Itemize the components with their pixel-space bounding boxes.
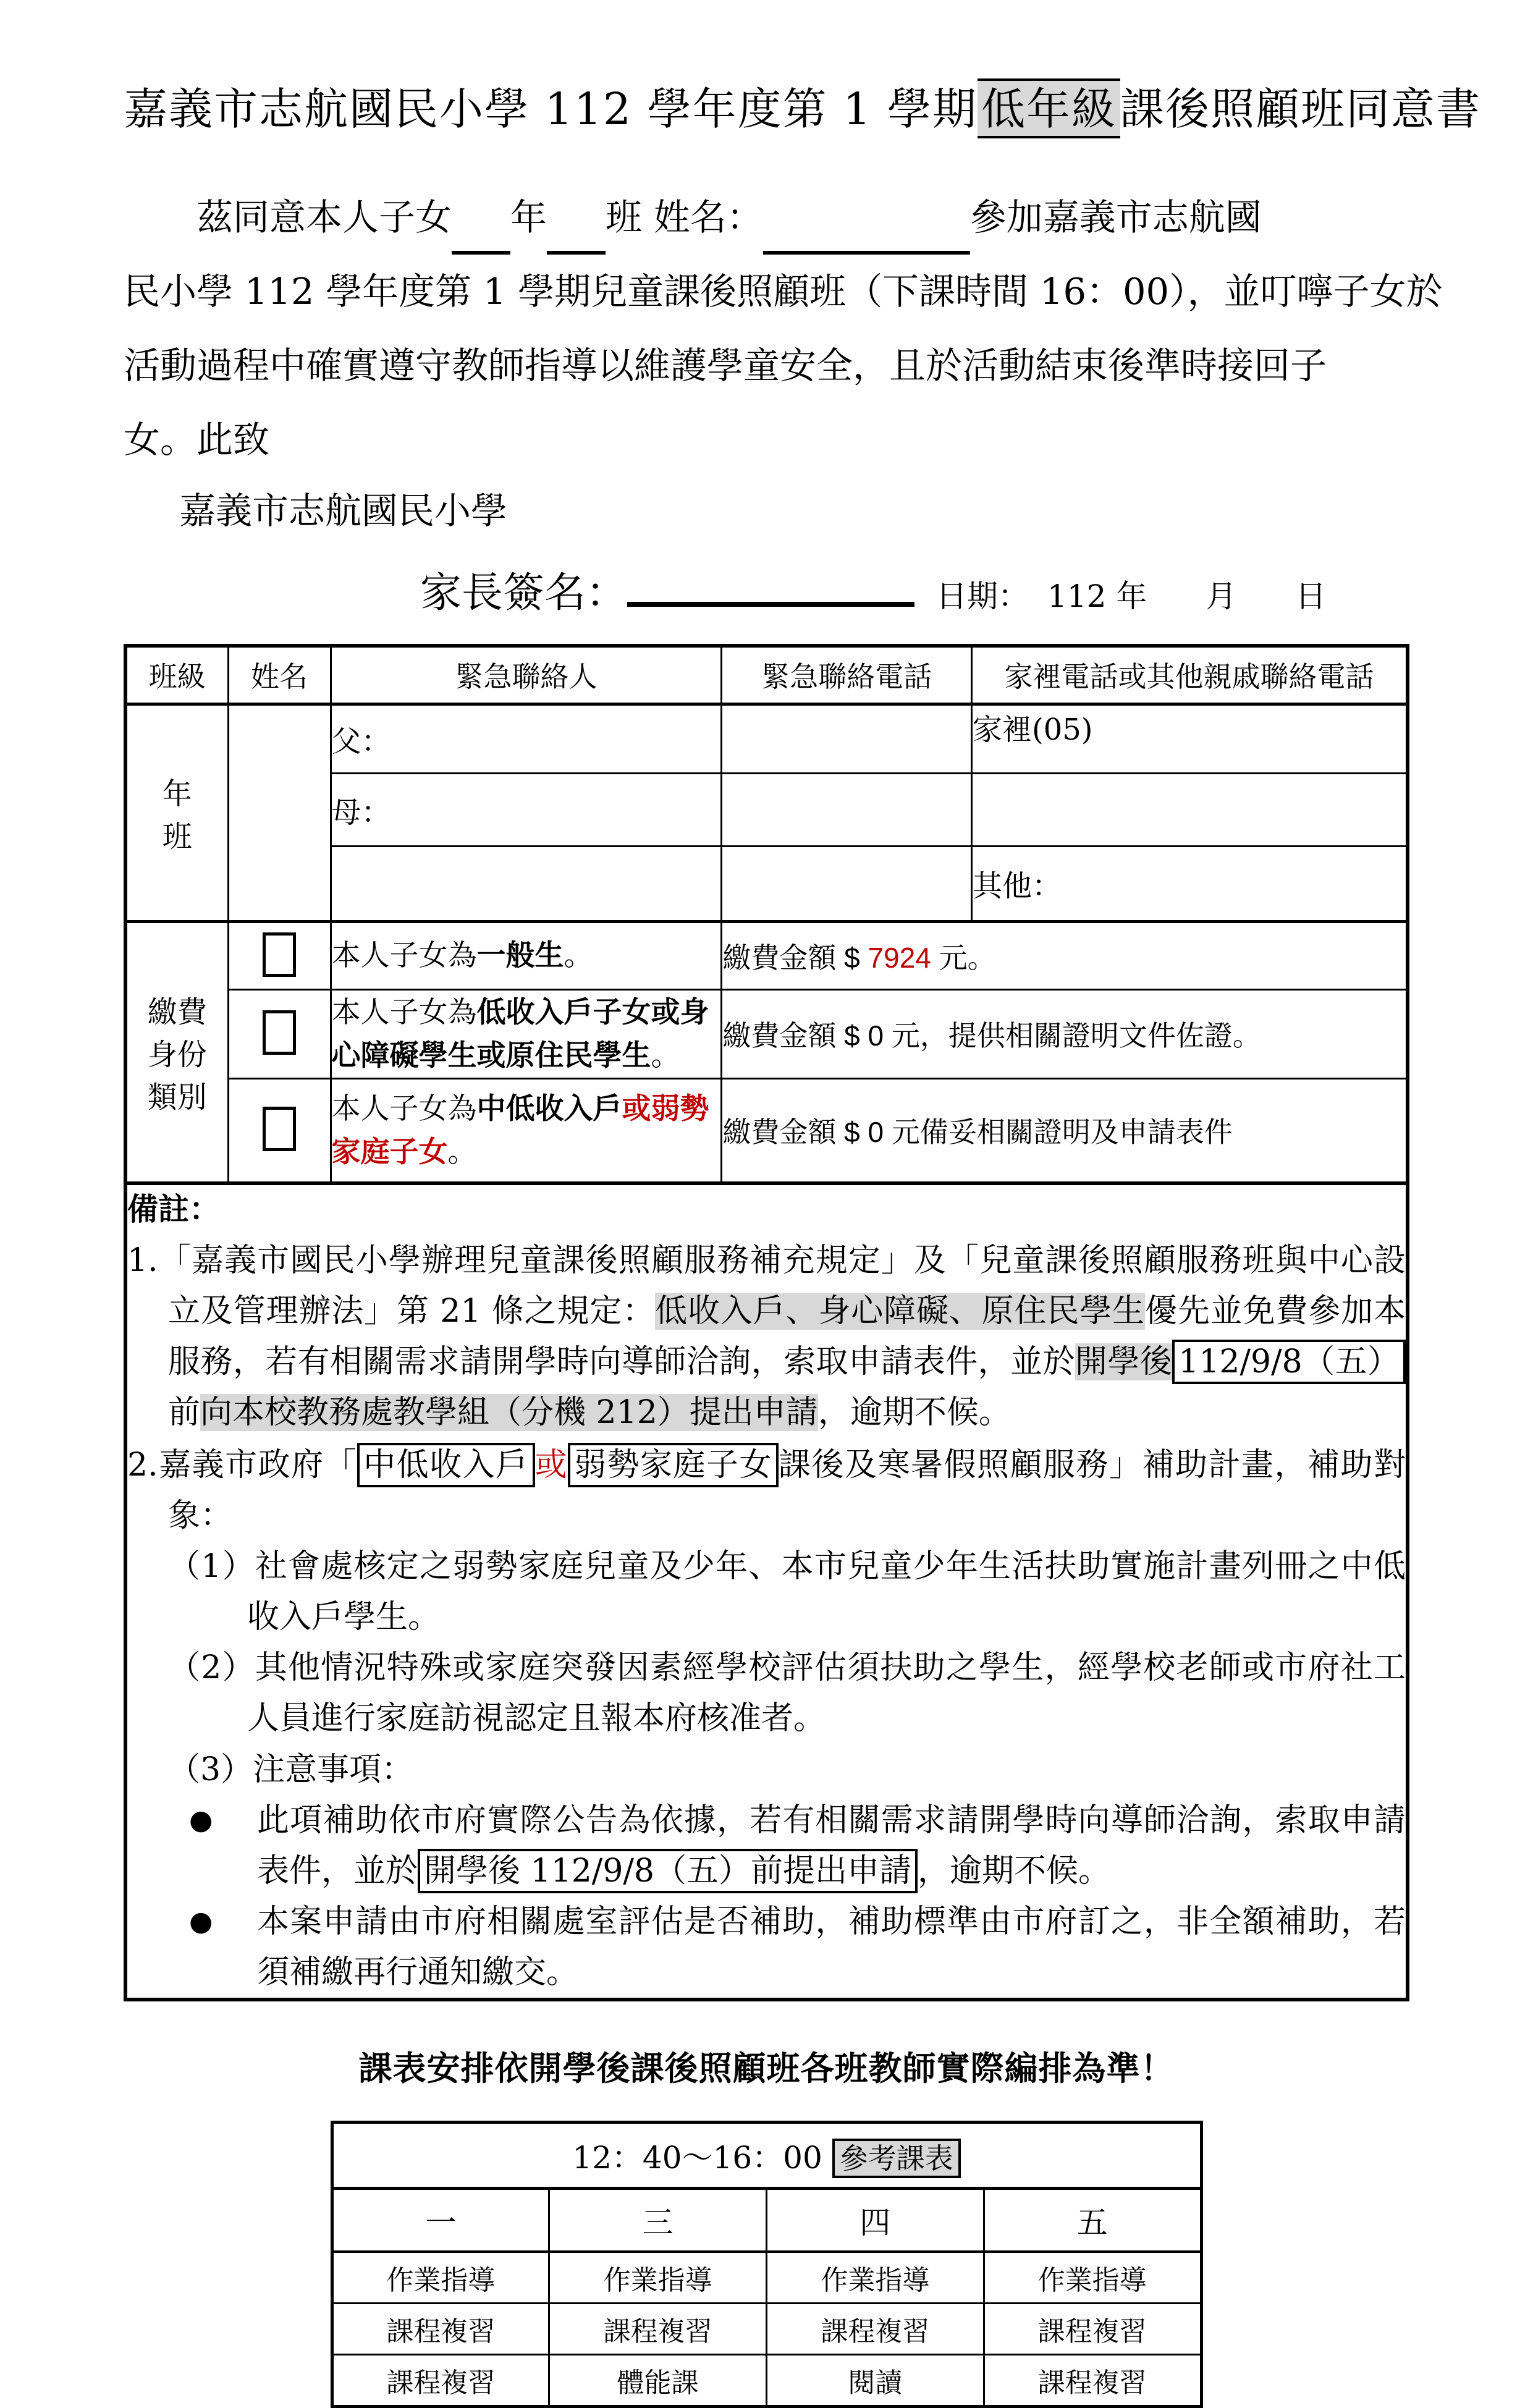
mother-home-phone-cell[interactable] bbox=[972, 773, 1408, 846]
fee-desc-general-period: 。 bbox=[564, 939, 593, 971]
note-item-1: 1.「嘉義市國民小學辦理兒童課後照顧服務補充規定」及「兒童課後照顧服務班與中心設… bbox=[127, 1235, 1406, 1438]
fee-checkbox-cell-low-income bbox=[228, 989, 331, 1078]
day-wed: 三 bbox=[549, 2189, 767, 2252]
contact-row-father: 年 班 父： 家裡(05) bbox=[125, 704, 1408, 773]
note1-highlight-students: 低收入戶、身心障礙、原住民學生 bbox=[655, 1293, 1145, 1330]
other-phone-cell[interactable] bbox=[722, 846, 972, 921]
fee-amount-general-suffix: 元。 bbox=[931, 942, 996, 974]
activity-cell: 課程複習 bbox=[332, 2355, 549, 2407]
mother-contact-cell[interactable]: 母： bbox=[331, 773, 722, 846]
notes-label: 備註： bbox=[127, 1185, 1406, 1234]
schedule-time-row: 12：40～16：00 參考課表 bbox=[332, 2123, 1201, 2189]
bullet1-text-b: ，逾期不候。 bbox=[918, 1852, 1110, 1890]
father-contact-cell[interactable]: 父： bbox=[331, 704, 722, 773]
fee-row-general: 繳費 身份 類別 本人子女為一般生。 繳費金額 $ 7924 元。 bbox=[125, 921, 1408, 989]
schedule-row-3: 課程複習 體能課 閱讀 課程複習 bbox=[332, 2355, 1201, 2407]
schedule-table: 12：40～16：00 參考課表 一 三 四 五 作業指導 作業指導 作業指導 … bbox=[331, 2121, 1203, 2408]
other-relative-phone-cell[interactable]: 其他： bbox=[972, 846, 1408, 921]
schedule-row-2: 課程複習 課程複習 課程複習 課程複習 bbox=[332, 2304, 1201, 2355]
fee-amount-general-value: 7924 bbox=[868, 942, 931, 974]
note2-sub-2: （2）其他情況特殊或家庭突發因素經學校評估須扶助之學生，經學校老師或市府社工人員… bbox=[168, 1642, 1406, 1744]
title-prefix: 嘉義市志航國民小學 112 學年度第 1 學期 bbox=[124, 83, 978, 135]
note2-bullet-1: ● 此項補助依市府實際公告為依據，若有相關需求請開學時向導師洽詢，索取申請表件，… bbox=[189, 1795, 1406, 1896]
date-label: 日期： bbox=[936, 572, 1029, 616]
fee-desc-low-income-text: 本人子女為 bbox=[332, 995, 477, 1028]
activity-cell: 課程複習 bbox=[332, 2304, 549, 2355]
bullet1-deadline-box: 開學後 112/9/8（五）前提出申請 bbox=[418, 1849, 918, 1893]
fee-desc-low-income-period: 。 bbox=[651, 1039, 680, 1071]
fee-desc-mid-low-income: 本人子女為中低收入戶或弱勢家庭子女。 bbox=[331, 1078, 722, 1183]
note1-highlight-apply-office: 向本校教務處教學組（分機 212）提出申請 bbox=[200, 1394, 818, 1431]
activity-cell: 課程複習 bbox=[984, 2304, 1201, 2355]
other-contact-cell[interactable] bbox=[331, 846, 722, 921]
note2-sub-3: （3）注意事項： bbox=[168, 1744, 1406, 1795]
fee-desc-general-text: 本人子女為 bbox=[332, 939, 477, 971]
fee-checkbox-cell-mid-low-income bbox=[228, 1078, 331, 1183]
notes-cell: 備註： 1.「嘉義市國民小學辦理兒童課後照顧服務補充規定」及「兒童課後照顧服務班… bbox=[125, 1183, 1408, 2000]
consent-line1-text-b: 參加嘉義市志航國 bbox=[970, 196, 1262, 239]
contact-table-header-row: 班級 姓名 緊急聯絡人 緊急聯絡電話 家裡電話或其他親戚聯絡電話 bbox=[125, 646, 1408, 704]
activity-cell: 體能課 bbox=[549, 2355, 767, 2407]
note2-text-a: 2.嘉義市政府「 bbox=[127, 1447, 357, 1484]
father-phone-cell[interactable] bbox=[722, 704, 972, 773]
day-fri: 五 bbox=[984, 2189, 1201, 2252]
activity-cell: 作業指導 bbox=[549, 2252, 767, 2304]
note1-text-d: ，逾期不候。 bbox=[818, 1394, 1011, 1431]
fee-desc-mid-low-bold: 中低收入戶 bbox=[477, 1092, 622, 1125]
header-class: 班級 bbox=[125, 646, 228, 704]
note-item-2: 2.嘉義市政府「中低收入戶或弱勢家庭子女課後及寒暑假照顧服務」補助計畫，補助對象… bbox=[127, 1440, 1406, 1541]
fee-header-line-3: 類別 bbox=[148, 1073, 207, 1116]
note2-box-disadvantaged: 弱勢家庭子女 bbox=[568, 1443, 779, 1487]
grade-blank-field[interactable] bbox=[452, 211, 510, 255]
class-blank-field[interactable] bbox=[547, 211, 606, 255]
contact-and-fee-table: 班級 姓名 緊急聯絡人 緊急聯絡電話 家裡電話或其他親戚聯絡電話 年 班 父： … bbox=[124, 644, 1409, 2001]
schedule-caption: 課表安排依開學後課後照顧班各班教師實際編排為準！ bbox=[124, 2042, 1409, 2090]
note2-red-or: 或 bbox=[535, 1447, 568, 1484]
schedule-time-range: 12：40～16：00 bbox=[572, 2140, 832, 2176]
fee-desc-general: 本人子女為一般生。 bbox=[331, 921, 722, 989]
note2-bullet-2: ● 本案申請由市府相關處室評估是否補助，補助標準由市府訂之，非全額補助，若須補繳… bbox=[189, 1896, 1406, 1998]
title-suffix: 課後照顧班同意書 bbox=[1120, 83, 1481, 135]
fee-amount-mid-low-income: 繳費金額 $ 0 元備妥相關證明及申請表件 bbox=[722, 1078, 1408, 1183]
fee-amount-low-income: 繳費金額 $ 0 元，提供相關證明文件佐證。 bbox=[722, 989, 1408, 1078]
note2-bullet2-text: 本案申請由市府相關處室評估是否補助，補助標準由市府訂之，非全額補助，若須補繳再行… bbox=[257, 1896, 1406, 1998]
grade-class-cell: 年 班 bbox=[125, 704, 228, 921]
fee-desc-mid-low-text: 本人子女為 bbox=[332, 1092, 477, 1125]
day-thu: 四 bbox=[767, 2189, 984, 2252]
title-grade-highlight: 低年級 bbox=[978, 78, 1120, 138]
notes-content: 備註： 1.「嘉義市國民小學辦理兒童課後照顧服務補充規定」及「兒童課後照顧服務班… bbox=[127, 1185, 1406, 1998]
bullet-icon: ● bbox=[189, 1896, 257, 1998]
date-month: 月 bbox=[1206, 572, 1236, 616]
schedule-day-header-row: 一 三 四 五 bbox=[332, 2189, 1201, 2252]
mother-phone-cell[interactable] bbox=[722, 773, 972, 846]
schedule-time-tag: 參考課表 bbox=[832, 2139, 961, 2178]
activity-cell: 作業指導 bbox=[984, 2252, 1201, 2304]
activity-cell: 閱讀 bbox=[767, 2355, 984, 2407]
fee-desc-low-income: 本人子女為低收入戶子女或身心障礙學生或原住民學生。 bbox=[331, 989, 722, 1078]
fee-amount-general-prefix: 繳費金額 $ bbox=[722, 942, 868, 974]
consent-form-page: { "title": { "prefix": "嘉義市志航國民小學 112 學年… bbox=[0, 0, 1533, 2168]
page-title: 嘉義市志航國民小學 112 學年度第 1 學期低年級課後照顧班同意書 bbox=[124, 74, 1409, 137]
date-year: 112 年 bbox=[1047, 572, 1147, 616]
fee-category-header-cell: 繳費 身份 類別 bbox=[125, 921, 228, 1183]
note2-sub-1: （1）社會處核定之弱勢家庭兒童及少年、本市兒童少年生活扶助實施計畫列冊之中低收入… bbox=[168, 1541, 1406, 1642]
activity-cell: 課程複習 bbox=[767, 2304, 984, 2355]
note1-text-c: 前 bbox=[168, 1394, 200, 1431]
header-emergency-phone: 緊急聯絡電話 bbox=[722, 646, 972, 704]
fee-checkbox-low-income[interactable] bbox=[263, 1010, 296, 1055]
fee-header-line-1: 繳費 bbox=[148, 988, 207, 1031]
activity-cell: 課程複習 bbox=[984, 2355, 1201, 2407]
parent-signature-label: 家長簽名： bbox=[420, 560, 627, 619]
activity-cell: 作業指導 bbox=[332, 2252, 549, 2304]
consent-line-2: 民小學 112 學年度第 1 學期兒童課後照顧班（下課時間 16：00），並叮嚀… bbox=[124, 255, 1409, 329]
date-day: 日 bbox=[1295, 572, 1326, 616]
day-mon: 一 bbox=[332, 2189, 549, 2252]
header-name: 姓名 bbox=[228, 646, 331, 704]
activity-cell: 課程複習 bbox=[549, 2304, 767, 2355]
consent-class-name-label: 班 姓名： bbox=[606, 196, 763, 239]
consent-line-4: 女。此致 bbox=[124, 403, 1409, 477]
note1-deadline-box: 112/9/8（五） bbox=[1172, 1340, 1406, 1384]
fee-desc-mid-low-period: 。 bbox=[448, 1135, 477, 1168]
schedule-row-1: 作業指導 作業指導 作業指導 作業指導 bbox=[332, 2252, 1201, 2304]
note1-highlight-after-term: 開學後 bbox=[1075, 1343, 1172, 1380]
bullet-icon: ● bbox=[189, 1795, 257, 1896]
fee-row-mid-low-income: 本人子女為中低收入戶或弱勢家庭子女。 繳費金額 $ 0 元備妥相關證明及申請表件 bbox=[125, 1078, 1408, 1183]
fee-checkbox-mid-low-income[interactable] bbox=[263, 1107, 296, 1151]
home-phone-cell[interactable]: 家裡(05) bbox=[972, 704, 1408, 773]
note2-box-mid-low-income: 中低收入戶 bbox=[357, 1443, 534, 1487]
fee-row-low-income: 本人子女為低收入戶子女或身心障礙學生或原住民學生。 繳費金額 $ 0 元，提供相… bbox=[125, 989, 1408, 1078]
note2-bullet1-text: 此項補助依市府實際公告為依據，若有相關需求請開學時向導師洽詢，索取申請表件，並於… bbox=[257, 1795, 1406, 1896]
fee-checkbox-cell-general bbox=[228, 921, 331, 989]
addressee-school-name: 嘉義市志航國民小學 bbox=[124, 477, 1409, 545]
fee-desc-general-bold: 一般生 bbox=[477, 939, 564, 971]
fee-header-line-2: 身份 bbox=[148, 1031, 207, 1073]
class-label: 班 bbox=[163, 813, 192, 855]
grade-label: 年 bbox=[163, 770, 192, 813]
activity-cell: 作業指導 bbox=[767, 2252, 984, 2304]
header-emergency-contact: 緊急聯絡人 bbox=[331, 646, 722, 704]
consent-line-3: 活動過程中確實遵守教師指導以維護學童安全，且於活動結束後準時接回子 bbox=[124, 329, 1409, 403]
consent-paragraph: 茲同意本人子女年班 姓名：參加嘉義市志航國 民小學 112 學年度第 1 學期兒… bbox=[124, 180, 1409, 477]
fee-checkbox-general[interactable] bbox=[263, 932, 296, 977]
notes-row: 備註： 1.「嘉義市國民小學辦理兒童課後照顧服務補充規定」及「兒童課後照顧服務班… bbox=[125, 1183, 1408, 2000]
student-name-blank-field[interactable] bbox=[763, 211, 970, 255]
header-home-phone: 家裡電話或其他親戚聯絡電話 bbox=[972, 646, 1408, 704]
consent-line-1: 茲同意本人子女年班 姓名：參加嘉義市志航國 bbox=[124, 180, 1409, 255]
parent-signature-blank-field[interactable] bbox=[627, 559, 914, 607]
date-fields: 日期：112 年月日 bbox=[936, 572, 1326, 616]
consent-year-label: 年 bbox=[510, 196, 547, 239]
student-name-cell[interactable] bbox=[228, 704, 331, 921]
consent-line1-text-a: 茲同意本人子女 bbox=[196, 196, 452, 239]
schedule-time-cell: 12：40～16：00 參考課表 bbox=[332, 2123, 1201, 2189]
signature-row: 家長簽名： 日期：112 年月日 bbox=[124, 559, 1409, 619]
fee-amount-general: 繳費金額 $ 7924 元。 bbox=[722, 921, 1408, 989]
